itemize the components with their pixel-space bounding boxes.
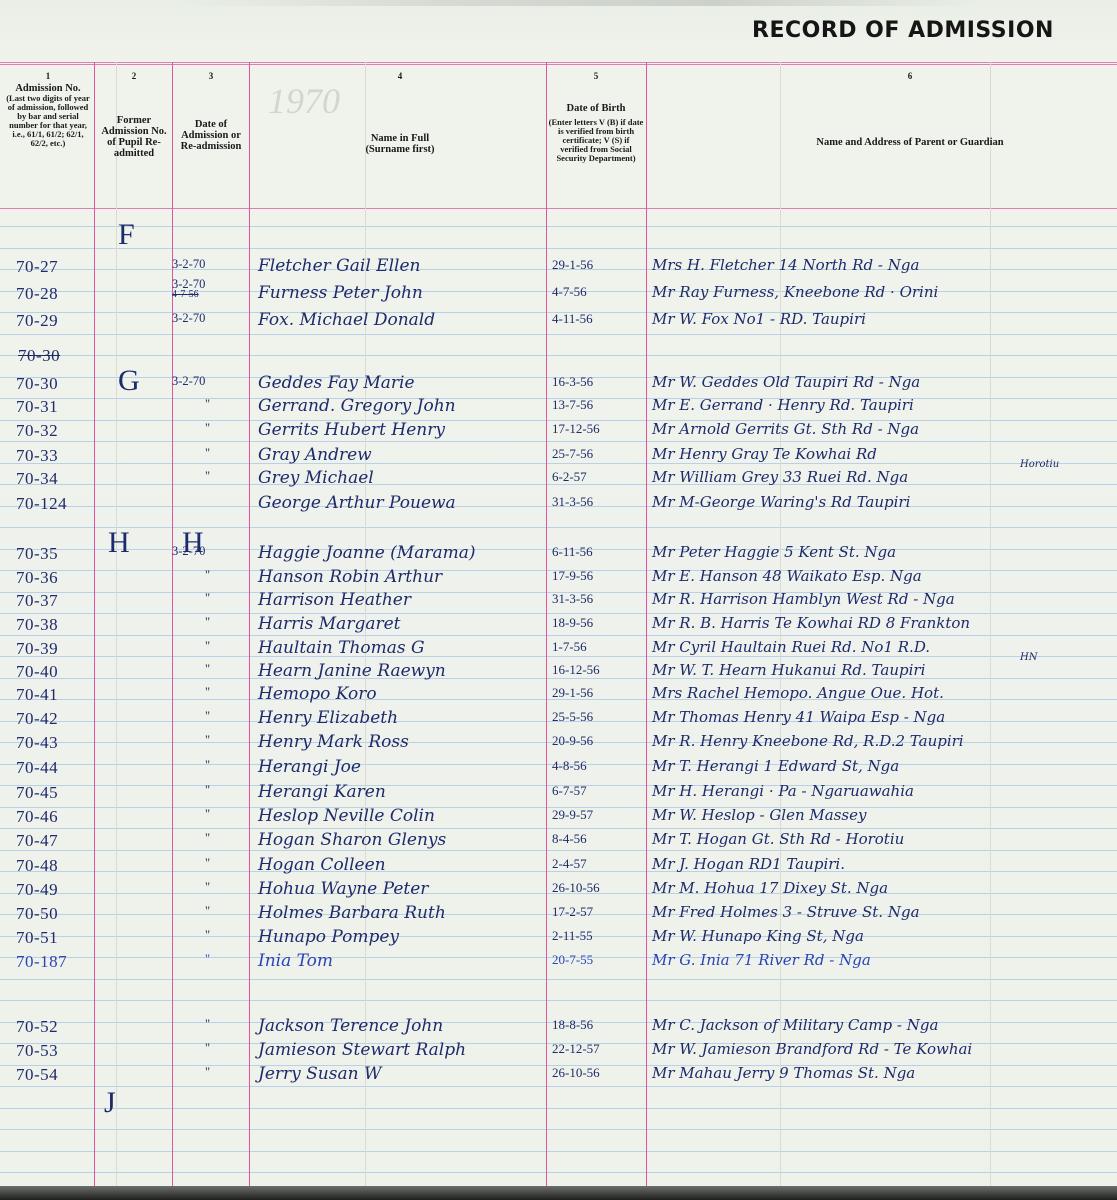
admission-number: 70-47 [16, 832, 58, 849]
admission-number: 70-124 [16, 495, 67, 512]
admission-number: 70-51 [16, 929, 58, 946]
admission-date: " [205, 953, 210, 966]
date-of-birth: 20-7-55 [552, 953, 593, 966]
column-header-former-admission: 2 Former Admission No. of Pupil Re-admit… [98, 72, 170, 160]
admission-number: 70-42 [16, 710, 58, 727]
admission-date: " [205, 857, 210, 870]
admission-date: " [205, 422, 210, 435]
pupil-name: Fox. Michael Donald [258, 312, 435, 329]
date-of-birth: 16-12-56 [552, 663, 600, 676]
pupil-name: Gray Andrew [258, 447, 372, 464]
section-letter-g: G [118, 366, 140, 396]
column-number: 2 [98, 72, 170, 81]
parent-name-address: Mr W. Geddes Old Taupiri Rd - Nga [652, 375, 920, 390]
admission-date: " [205, 663, 210, 676]
parent-name-address: Mr E. Hanson 48 Waikato Esp. Nga [652, 569, 922, 584]
parent-name-address: Mr W. Jamieson Brandford Rd - Te Kowhai [652, 1042, 972, 1057]
parent-name-address: Mr J. Hogan RD1 Taupiri. [652, 857, 845, 872]
parent-name-address: Mr Fred Holmes 3 - Struve St. Nga [652, 905, 920, 920]
column-divider [249, 62, 250, 1188]
pupil-name: George Arthur Pouewa [258, 495, 456, 512]
ruled-line [0, 248, 1117, 249]
date-of-birth: 4-11-56 [552, 312, 593, 325]
admission-number: 70-43 [16, 734, 58, 751]
admission-number: 70-32 [16, 422, 58, 439]
admission-date: 3-2-70 [172, 545, 205, 558]
parent-name-address: Mr W. Heslop - Glen Massey [652, 808, 866, 823]
admission-date: " [205, 808, 210, 821]
admission-date: " [205, 592, 210, 605]
admission-number: 70-52 [16, 1018, 58, 1035]
admission-date: 3-2-70 [172, 312, 205, 325]
parent-name-address: Mrs H. Fletcher 14 North Rd - Nga [652, 258, 919, 273]
pupil-name: Geddes Fay Marie [258, 375, 415, 392]
admission-number: 70-50 [16, 905, 58, 922]
pupil-name: Furness Peter John [258, 285, 423, 302]
header-top-rule-2 [0, 64, 1117, 65]
ruled-line [0, 828, 1117, 829]
pupil-name: Grey Michael [258, 470, 374, 487]
admission-number: 70-41 [16, 686, 58, 703]
ruled-line [0, 463, 1117, 464]
date-of-birth: 18-8-56 [552, 1018, 593, 1031]
ruled-line [0, 1129, 1117, 1130]
page-bottom-edge [0, 1186, 1117, 1200]
faint-divider [116, 62, 117, 1188]
ruled-line [0, 1151, 1117, 1152]
parent-name-address: Mr William Grey 33 Ruei Rd. Nga [652, 470, 908, 485]
faint-divider [990, 62, 991, 1188]
admission-register-page: RECORD OF ADMISSION 1970 1 Admission No.… [0, 0, 1117, 1200]
parent-name-address: Mr M-George Waring's Rd Taupiri [652, 495, 910, 510]
admission-date: " [205, 1042, 210, 1055]
parent-name-address: Mr H. Herangi · Pa - Ngaruawahia [652, 784, 914, 799]
page-title: RECORD OF ADMISSION [752, 18, 1054, 43]
date-of-birth: 31-3-56 [552, 495, 593, 508]
column-number: 3 [174, 72, 248, 81]
column-label: Date of Birth [548, 103, 644, 114]
page-shadow [180, 0, 980, 6]
parent-name-address: Mr Thomas Henry 41 Waipa Esp - Nga [652, 710, 945, 725]
date-of-birth: 6-7-57 [552, 784, 587, 797]
parent-name-address: Mr W. Hunapo King St, Nga [652, 929, 864, 944]
pupil-name: Jackson Terence John [258, 1018, 443, 1035]
ruled-line [0, 635, 1117, 636]
header-bottom-rule [0, 208, 1117, 209]
parent-name-address: Mr W. T. Hearn Hukanui Rd. Taupiri [652, 663, 925, 678]
admission-date: " [205, 470, 210, 483]
column-label: Date of Admission or Re-admission [174, 119, 248, 152]
admission-number: 70-40 [16, 663, 58, 680]
parent-name-address: Mr Peter Haggie 5 Kent St. Nga [652, 545, 896, 560]
column-divider [172, 62, 173, 1188]
pupil-name: Herangi Joe [258, 759, 361, 776]
pupil-name: Jamieson Stewart Ralph [258, 1042, 466, 1059]
admission-date: " [205, 832, 210, 845]
admission-date: " [205, 1066, 210, 1079]
pupil-name: Harris Margaret [258, 616, 400, 633]
pupil-name: Hearn Janine Raewyn [258, 663, 446, 680]
admission-date: " [205, 1018, 210, 1031]
column-note: (Surname first) [300, 144, 500, 155]
pupil-name: Henry Mark Ross [258, 734, 409, 751]
admission-number: 70-34 [16, 470, 58, 487]
pupil-name: Hohua Wayne Peter [258, 881, 428, 898]
date-of-birth: 31-3-56 [552, 592, 593, 605]
admission-date: " [205, 759, 210, 772]
column-number: 1 [4, 72, 92, 81]
pupil-name: Fletcher Gail Ellen [258, 258, 420, 275]
date-of-birth: 17-9-56 [552, 569, 593, 582]
date-of-birth: 2-11-55 [552, 929, 593, 942]
parent-name-address: Mr G. Inia 71 River Rd - Nga [652, 953, 871, 968]
ruled-line [0, 979, 1117, 980]
parent-name-address: Mr T. Hogan Gt. Sth Rd - Horotiu [652, 832, 904, 847]
parent-name-address: Mr R. Harrison Hamblyn West Rd - Nga [652, 592, 955, 607]
ruled-line [0, 678, 1117, 679]
date-of-birth: 6-2-57 [552, 470, 587, 483]
admission-number: 70-29 [16, 312, 58, 329]
section-letter-j: J [104, 1088, 116, 1118]
column-number: 4 [300, 72, 500, 81]
admission-number: 70-33 [16, 447, 58, 464]
parent-name-address: Mr Henry Gray Te Kowhai Rd [652, 447, 877, 462]
pupil-name: Hogan Sharon Glenys [258, 832, 446, 849]
admission-number: 70-48 [16, 857, 58, 874]
column-number: 5 [548, 72, 644, 81]
admission-date: " [205, 784, 210, 797]
column-note: (Enter letters V (B) if date is verified… [548, 118, 644, 163]
parent-name-address: Mr W. Fox No1 - RD. Taupiri [652, 312, 866, 327]
date-of-birth: 25-5-56 [552, 710, 593, 723]
date-of-birth: 8-4-56 [552, 832, 587, 845]
pupil-name: Hogan Colleen [258, 857, 386, 874]
date-of-birth: 6-11-56 [552, 545, 593, 558]
date-of-birth: 4-7-56 [552, 285, 587, 298]
ruled-line [0, 527, 1117, 528]
admission-date: " [205, 686, 210, 699]
ruled-line [0, 1000, 1117, 1001]
section-letter-h: H [108, 528, 130, 558]
date-of-birth: 18-9-56 [552, 616, 593, 629]
pupil-name: Gerrits Hubert Henry [258, 422, 445, 439]
admission-number: 70-49 [16, 881, 58, 898]
parent-name-address: Mr Arnold Gerrits Gt. Sth Rd - Nga [652, 422, 919, 437]
column-header-parent-guardian: 6 Name and Address of Parent or Guardian [760, 72, 1060, 148]
column-number: 6 [760, 72, 1060, 81]
pupil-name: Haultain Thomas G [258, 640, 425, 657]
date-of-birth: 4-8-56 [552, 759, 587, 772]
date-of-birth: 26-10-56 [552, 881, 600, 894]
ruled-line [0, 1108, 1117, 1109]
admission-number: 70-187 [16, 953, 67, 970]
pupil-name: Haggie Joanne (Marama) [258, 545, 476, 562]
ruled-line [0, 850, 1117, 851]
admission-number: 70-44 [16, 759, 58, 776]
parent-name-address: Mr Cyril Haultain Ruei Rd. No1 R.D. [652, 640, 930, 655]
admission-number: 70-38 [16, 616, 58, 633]
admission-number: 70-45 [16, 784, 58, 801]
column-label: Former Admission No. of Pupil Re-admitte… [98, 115, 170, 159]
column-header-date-of-birth: 5 Date of Birth (Enter letters V (B) if … [548, 72, 644, 163]
header-top-rule [0, 62, 1117, 63]
column-divider [94, 62, 95, 1188]
column-label: Name and Address of Parent or Guardian [760, 137, 1060, 148]
admission-number: 70-30 [16, 375, 58, 392]
column-note: (Last two digits of year of admission, f… [4, 94, 92, 148]
pupil-name: Hemopo Koro [258, 686, 377, 703]
pupil-name: Holmes Barbara Ruth [258, 905, 446, 922]
pupil-name: Henry Elizabeth [258, 710, 398, 727]
date-of-birth: 29-9-57 [552, 808, 593, 821]
admission-number: 70-37 [16, 592, 58, 609]
admission-number: 70-36 [16, 569, 58, 586]
admission-date: 3-2-70 [172, 375, 205, 388]
struck-date: 4-7-56 [172, 290, 199, 300]
admission-date: " [205, 640, 210, 653]
parent-name-address: Mr E. Gerrand · Henry Rd. Taupiri [652, 398, 914, 413]
admission-date: " [205, 398, 210, 411]
date-of-birth: 29-1-56 [552, 258, 593, 271]
pupil-name: Heslop Neville Colin [258, 808, 435, 825]
admission-number: 70-53 [16, 1042, 58, 1059]
date-of-birth: 29-1-56 [552, 686, 593, 699]
date-of-birth: 17-12-56 [552, 422, 600, 435]
pupil-name: Jerry Susan W [258, 1066, 381, 1083]
parent-name-address: Mr Mahau Jerry 9 Thomas St. Nga [652, 1066, 915, 1081]
column-divider [546, 62, 547, 1188]
ruled-line [0, 1086, 1117, 1087]
admission-date: 3-2-70 [172, 258, 205, 271]
parent-name-address: Mr M. Hohua 17 Dixey St. Nga [652, 881, 888, 896]
pupil-name: Hanson Robin Arthur [258, 569, 442, 586]
date-of-birth: 20-9-56 [552, 734, 593, 747]
admission-date: " [205, 929, 210, 942]
date-of-birth: 22-12-57 [552, 1042, 600, 1055]
admission-number: 70-54 [16, 1066, 58, 1083]
ruled-line [0, 441, 1117, 442]
pupil-name: Hunapo Pompey [258, 929, 399, 946]
parent-name-address: Mr T. Herangi 1 Edward St, Nga [652, 759, 899, 774]
column-header-date-of-admission: 3 Date of Admission or Re-admission [174, 72, 248, 152]
date-of-birth: 16-3-56 [552, 375, 593, 388]
date-of-birth: 2-4-57 [552, 857, 587, 870]
parent-address-note: Horotiu [1020, 460, 1059, 470]
date-of-birth: 1-7-56 [552, 640, 587, 653]
ruled-line [0, 334, 1117, 335]
admission-number: 70-35 [16, 545, 58, 562]
column-header-name-in-full: 4 Name in Full (Surname first) [300, 72, 500, 155]
parent-name-address: Mr R. Henry Kneebone Rd, R.D.2 Taupiri [652, 734, 964, 749]
admission-date: " [205, 616, 210, 629]
parent-address-note: HN [1020, 653, 1037, 663]
ruled-line [0, 1172, 1117, 1173]
date-of-birth: 26-10-56 [552, 1066, 600, 1079]
admission-date: " [205, 569, 210, 582]
parent-name-address: Mr R. B. Harris Te Kowhai RD 8 Frankton [652, 616, 970, 631]
admission-number: 70-27 [16, 258, 58, 275]
admission-date: " [205, 447, 210, 460]
admission-date: " [205, 881, 210, 894]
parent-name-address: Mr C. Jackson of Military Camp - Nga [652, 1018, 938, 1033]
struck-admission-no: 70-30 [18, 347, 60, 364]
ruled-line [0, 656, 1117, 657]
section-letter-f: F [118, 220, 135, 250]
date-of-birth: 17-2-57 [552, 905, 593, 918]
date-of-birth: 25-7-56 [552, 447, 593, 460]
admission-number: 70-39 [16, 640, 58, 657]
column-header-admission-no: 1 Admission No. (Last two digits of year… [4, 72, 92, 148]
ruled-line [0, 226, 1117, 227]
pupil-name: Herangi Karen [258, 784, 386, 801]
column-label: Name in Full [300, 133, 500, 144]
parent-name-address: Mr Ray Furness, Kneebone Rd · Orini [652, 285, 938, 300]
admission-number: 70-28 [16, 285, 58, 302]
ruled-line [0, 355, 1117, 356]
admission-date: " [205, 734, 210, 747]
pupil-name: Inia Tom [258, 953, 333, 970]
ruled-line [0, 484, 1117, 485]
ruled-line [0, 871, 1117, 872]
date-of-birth: 13-7-56 [552, 398, 593, 411]
column-divider [646, 62, 647, 1188]
pupil-name: Harrison Heather [258, 592, 411, 609]
parent-name-address: Mrs Rachel Hemopo. Angue Oue. Hot. [652, 686, 944, 701]
admission-date: " [205, 905, 210, 918]
admission-date: " [205, 710, 210, 723]
admission-number: 70-46 [16, 808, 58, 825]
pupil-name: Gerrand. Gregory John [258, 398, 456, 415]
admission-number: 70-31 [16, 398, 58, 415]
